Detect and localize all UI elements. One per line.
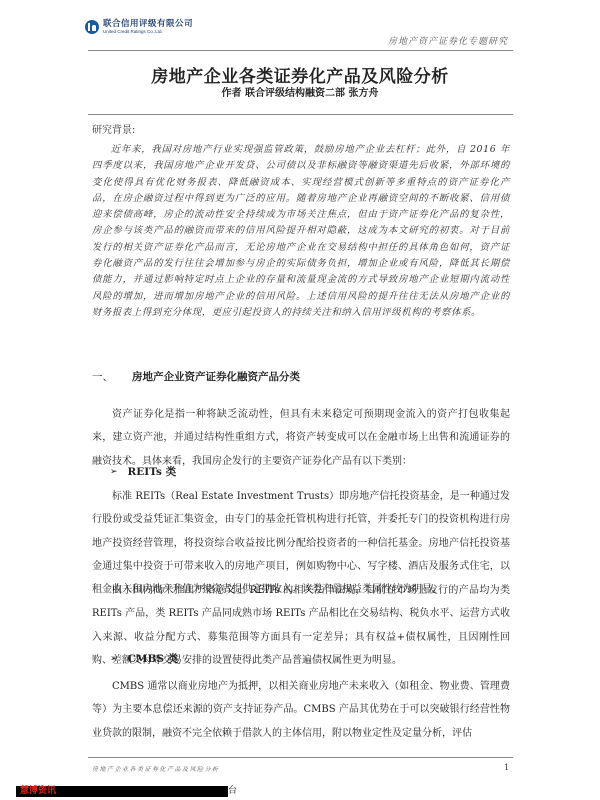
abstract-divider <box>88 114 513 115</box>
arrow-bullet-icon: ➢ <box>110 467 118 477</box>
logo-text: 联合信用评级有限公司 United Credit Ratings Co.,Ltd… <box>103 20 193 34</box>
footer-text: 房地产企业各类证券化产品及风险分析 <box>92 764 220 773</box>
section-intro-paragraph: 资产证券化是指一种将缺乏流动性，但具有未来稳定可预期现金流入的资产打包收集起来，… <box>92 403 510 473</box>
subsection-label: REITs 类 <box>128 464 177 479</box>
document-page: 联合信用评级有限公司 United Credit Ratings Co.,Ltd… <box>0 0 600 800</box>
header-divider <box>88 50 513 51</box>
footer-divider <box>88 757 513 758</box>
logo-company-name-en: United Credit Ratings Co.,Ltd. <box>103 30 193 35</box>
company-logo: 联合信用评级有限公司 United Credit Ratings Co.,Ltd… <box>85 20 193 34</box>
watermark-tail: 台 <box>228 786 237 797</box>
arrow-bullet-icon: ➢ <box>110 654 118 664</box>
subsection-label: CMBS 类 <box>128 651 179 666</box>
logo-icon <box>85 20 99 34</box>
page-number: 1 <box>504 763 509 772</box>
subsection-heading-cmbs: ➢ CMBS 类 <box>110 651 178 666</box>
document-author: 作者 联合评级结构融资二部 张方舟 <box>0 84 600 99</box>
section-title: 房地产企业资产证券化融资产品分类 <box>132 369 300 384</box>
watermark-text: 慧博资讯 <box>16 786 56 797</box>
research-background-label: 研究背景: <box>92 121 135 136</box>
subsection-heading-reits: ➢ REITs 类 <box>110 464 176 479</box>
logo-company-name-cn: 联合信用评级有限公司 <box>103 20 193 29</box>
section-number: 一、 <box>92 369 113 384</box>
watermark-bar: 慧博资讯 <box>16 786 228 797</box>
header-topic: 房地产资产证券化专题研究 <box>388 34 508 47</box>
cmbs-paragraph-1: CMBS 通常以商业房地产为抵押，以相关商业房地产未来收入（如租金、物业费、管理… <box>92 675 510 745</box>
research-background-text: 近年来，我国对房地产行业实现强监管政策，鼓励房地产企业去杠杆；此外，自 2016… <box>92 142 510 321</box>
